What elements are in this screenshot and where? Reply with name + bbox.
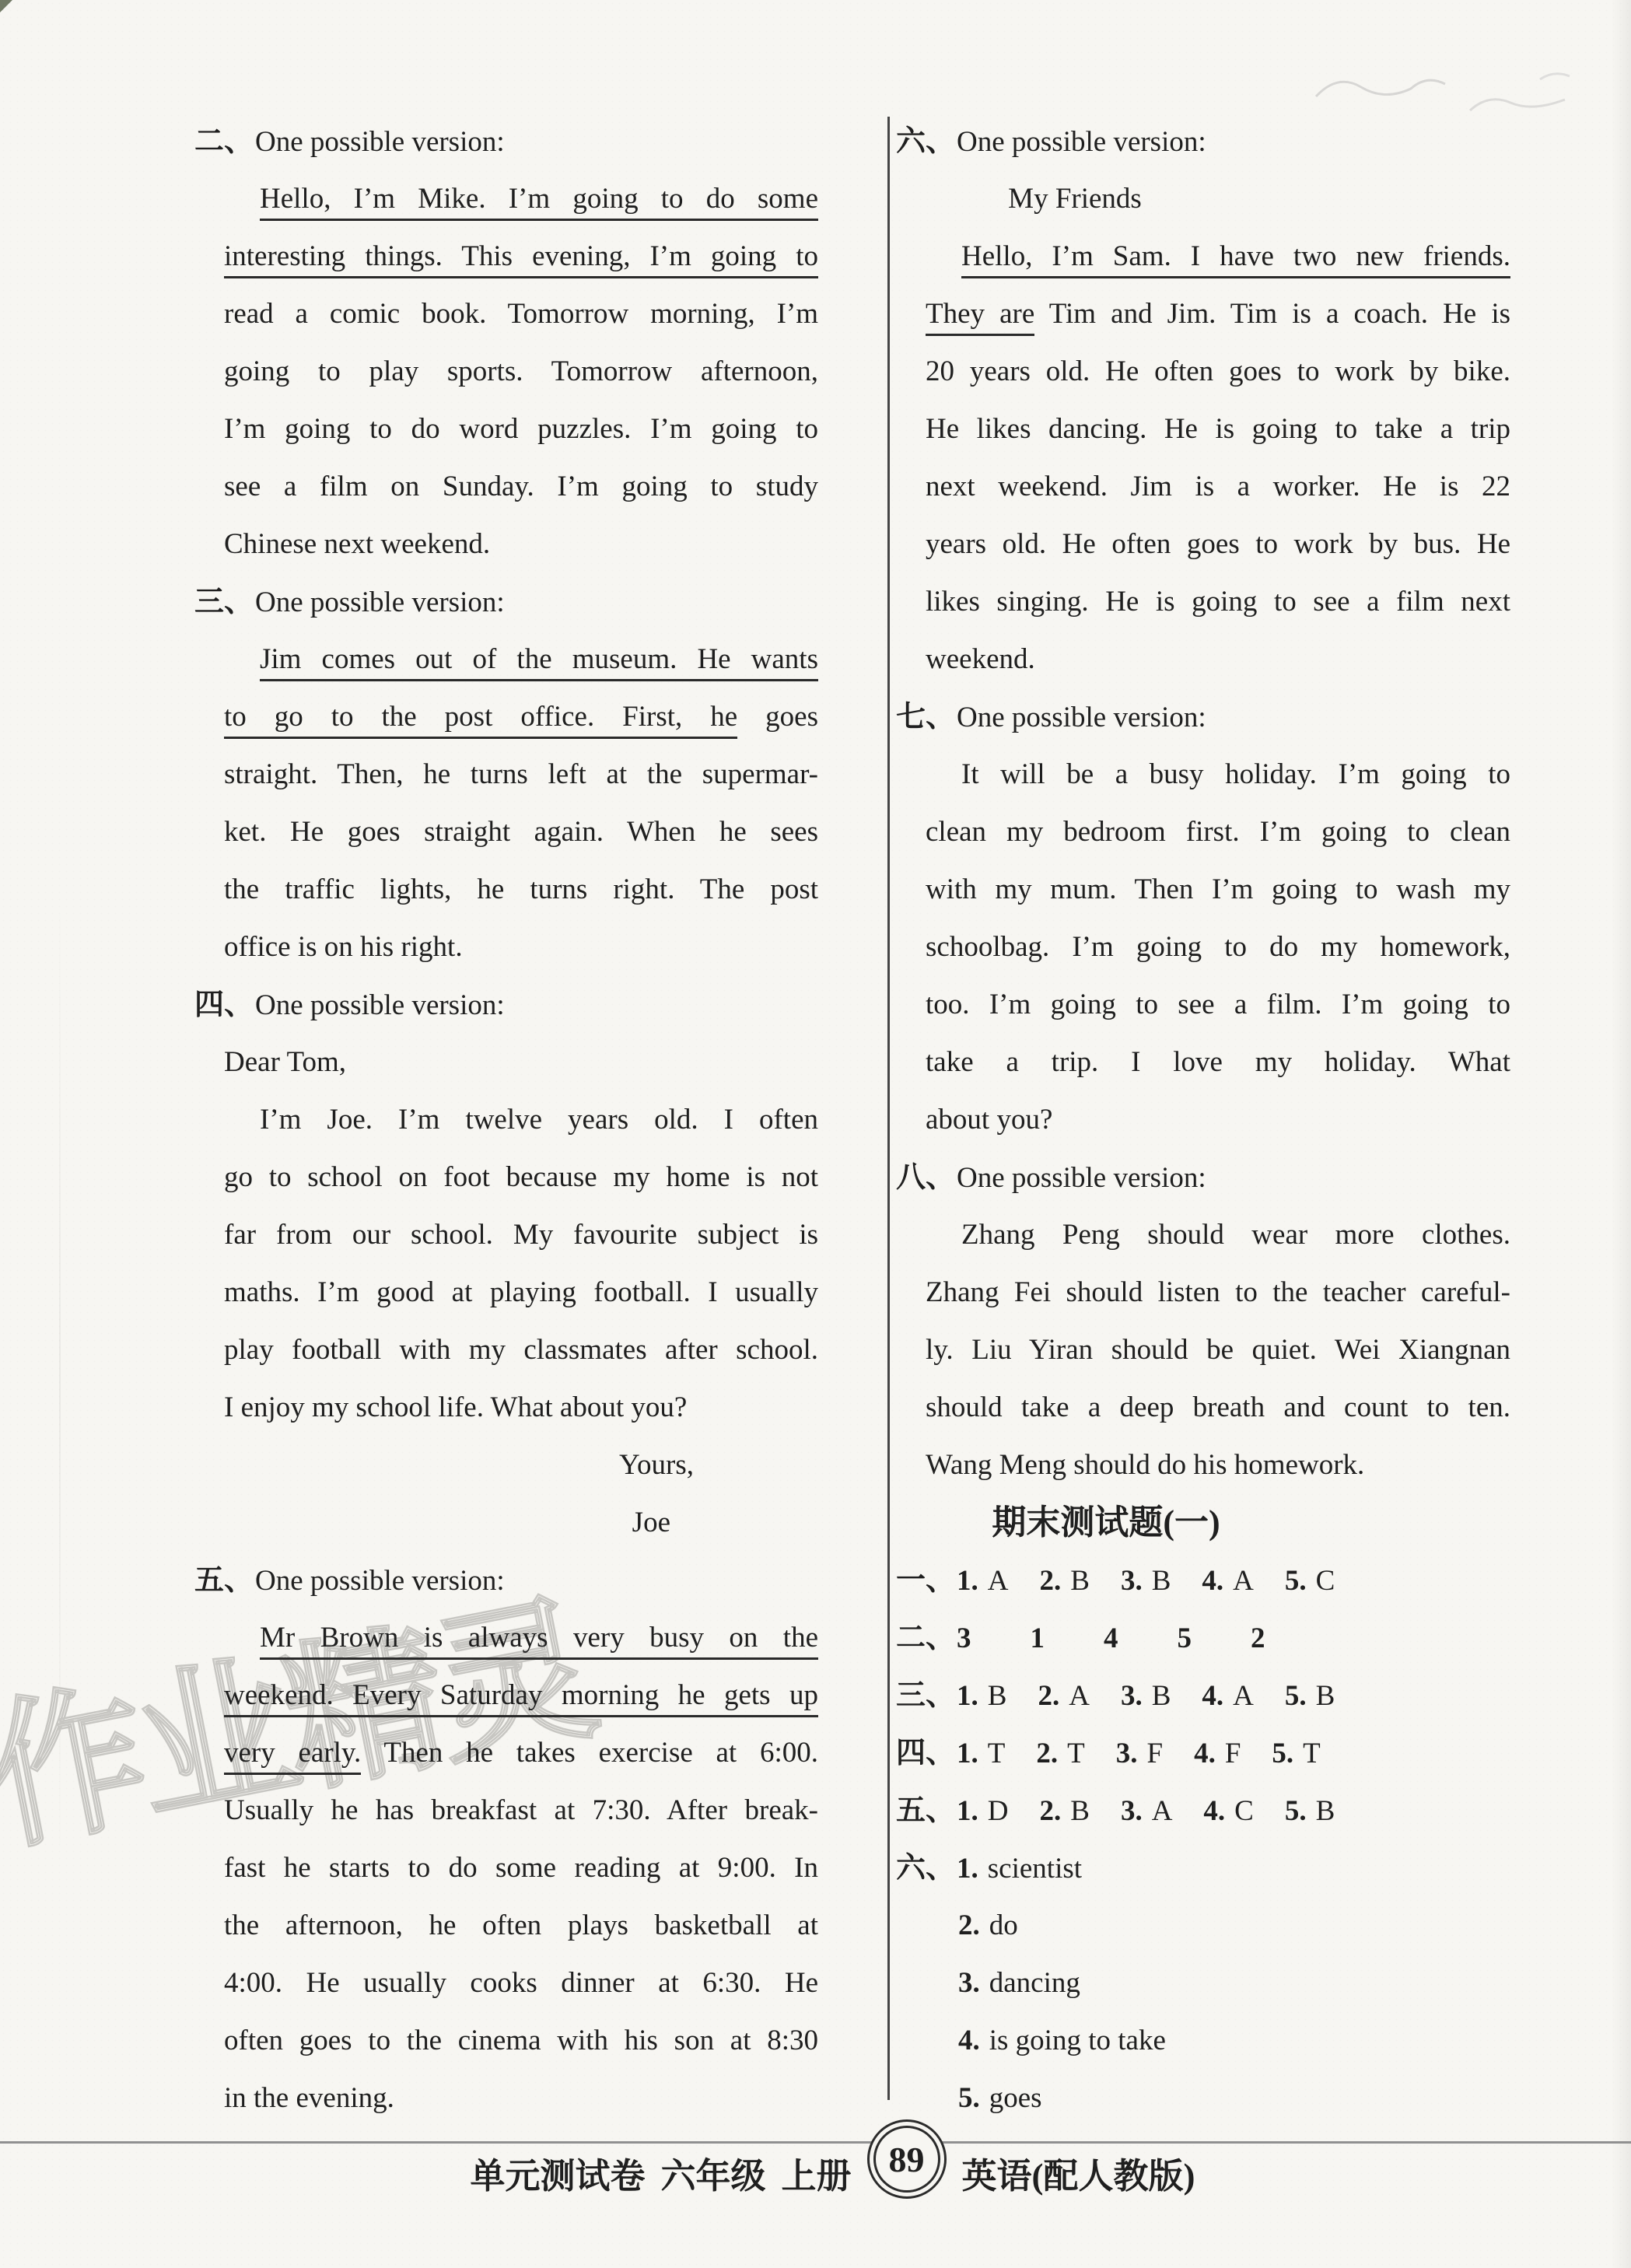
underlined-text: Jim comes out of the museum. He wants [260, 643, 818, 681]
section-marker: 四、 [896, 1737, 955, 1769]
scanned-answer-page: 作业精灵 二、One possible version:Hello, I’m M… [0, 0, 1631, 2268]
text-line: 四、1.T2.T3.F4.F5.T [896, 1724, 1510, 1782]
answer-value: B [1070, 1795, 1090, 1827]
text-segment: One possible version: [255, 989, 505, 1021]
text-line: Jim comes out of the museum. He wants [194, 631, 818, 688]
text-segment: One possible version: [957, 1162, 1206, 1194]
answer-number: 3. [1121, 1795, 1143, 1827]
text-segment: One possible version: [255, 586, 505, 618]
answer-value: A [1233, 1680, 1254, 1712]
answer-number: 2. [958, 1909, 980, 1941]
answer-value: A [1233, 1565, 1254, 1597]
text-line: 2.do [896, 1897, 1510, 1955]
answer-item: 1.scientist [957, 1853, 1082, 1885]
footer-booklet-label: 单元测试卷 [470, 2121, 645, 2198]
page-number-badge: 89 [867, 2119, 947, 2199]
section-heading: 期末测试题(一) [896, 1494, 1510, 1552]
answer-item: 5.goes [958, 2082, 1042, 2114]
answer-item: 4.A [1202, 1565, 1253, 1597]
section-marker: 一、 [896, 1564, 955, 1597]
answer-value: B [1316, 1795, 1335, 1827]
answer-number: 5. [958, 2082, 980, 2114]
text-segment: ket. He goes straight again. When he see… [224, 816, 818, 848]
answer-value: T [1067, 1738, 1085, 1769]
text-segment: My Friends [1008, 183, 1142, 215]
text-line: going to play sports. Tomorrow afternoon… [194, 343, 818, 401]
text-line: Joe [194, 1494, 818, 1552]
text-segment: play football with my classmates after s… [224, 1334, 818, 1366]
text-segment: in the evening. [224, 2082, 394, 2114]
answer-number: 4. [1203, 1795, 1225, 1827]
text-segment: Zhang Fei should listen to the teacher c… [926, 1276, 1510, 1308]
section-marker: 六、 [896, 1852, 955, 1885]
text-line: 4.is going to take [896, 2012, 1510, 2070]
text-segment: often goes to the cinema with his son at… [224, 2025, 818, 2056]
answer-item: 1 [1031, 1622, 1045, 1654]
text-segment: see a film on Sunday. I’m going to study [224, 471, 818, 502]
answer-item: 2.T [1036, 1738, 1084, 1769]
underlined-text: Hello, I’m Mike. I’m going to do some [260, 183, 818, 221]
answer-item: 5.B [1285, 1795, 1335, 1827]
answer-item: 4 [1104, 1622, 1118, 1654]
underlined-text: to go to the post office. First, he [224, 701, 737, 739]
text-line: 一、1.A2.B3.B4.A5.C [896, 1552, 1510, 1609]
text-segment: fast he starts to do some reading at 9:0… [224, 1852, 818, 1884]
answer-item: 4.is going to take [958, 2025, 1166, 2056]
answer-value: B [1070, 1565, 1090, 1597]
answer-value: C [1316, 1565, 1335, 1597]
answer-value: D [988, 1795, 1009, 1827]
text-line: Hello, I’m Mike. I’m going to do some [194, 170, 818, 228]
answer-number: 3. [1121, 1680, 1143, 1712]
underlined-text: very early. [224, 1737, 361, 1775]
text-segment: far from our school. My favourite subjec… [224, 1219, 818, 1251]
section-marker: 二、 [194, 125, 254, 158]
text-line: Yours, [194, 1437, 818, 1494]
text-segment: 20 years old. He often goes to work by b… [926, 355, 1510, 387]
answer-value: T [1303, 1738, 1321, 1769]
answer-item: 3.B [1121, 1680, 1171, 1712]
underlined-text: interesting things. This evening, I’m go… [224, 240, 818, 278]
answer-value: F [1225, 1738, 1241, 1769]
text-line: to go to the post office. First, he goes [194, 688, 818, 746]
text-line: 3.dancing [896, 1955, 1510, 2012]
scan-corner-speck [0, 0, 12, 12]
answer-number: 1. [957, 1680, 978, 1712]
answer-value: B [988, 1680, 1007, 1712]
text-line: likes singing. He is going to see a film… [896, 573, 1510, 631]
answer-item: 5.T [1272, 1738, 1320, 1769]
text-segment: next weekend. Jim is a worker. He is 22 [926, 471, 1510, 502]
text-segment: the traffic lights, he turns right. The … [224, 873, 818, 905]
answer-item: 2.do [958, 1909, 1018, 1941]
text-line: Zhang Peng should wear more clothes. [896, 1206, 1510, 1264]
text-segment: straight. Then, he turns left at the sup… [224, 758, 818, 790]
text-segment: One possible version: [255, 1565, 505, 1597]
section-marker: 四、 [194, 989, 254, 1021]
answer-value: B [1316, 1680, 1335, 1712]
text-segment: Then he takes exercise at 6:00. [361, 1737, 818, 1769]
text-line: My Friends [896, 170, 1510, 228]
section-marker: 三、 [896, 1679, 955, 1712]
text-segment: Usually he has breakfast at 7:30. After … [224, 1794, 818, 1826]
text-segment: the afternoon, he often plays basketball… [224, 1909, 818, 1941]
text-line: They are Tim and Jim. Tim is a coach. He… [896, 285, 1510, 343]
text-segment: I’m going to do word puzzles. I’m going … [224, 413, 818, 445]
answer-item: 1.T [957, 1738, 1005, 1769]
section-line: 二、One possible version: [194, 113, 818, 170]
text-segment: 期末测试题(一) [992, 1503, 1220, 1542]
text-line: weekend. Every Saturday morning he gets … [194, 1667, 818, 1724]
text-segment: weekend. [926, 643, 1035, 675]
text-segment: schoolbag. I’m going to do my homework, [926, 931, 1510, 963]
text-segment: ly. Liu Yiran should be quiet. Wei Xiang… [926, 1334, 1510, 1366]
text-segment: take a trip. I love my holiday. What [926, 1046, 1510, 1078]
answer-value: F [1146, 1738, 1163, 1769]
underlined-text: Hello, I’m Sam. I have two new friends. [961, 240, 1510, 278]
text-line: I enjoy my school life. What about you? [194, 1379, 818, 1437]
answer-item: 2.A [1038, 1680, 1089, 1712]
text-segment: about you? [926, 1104, 1052, 1136]
text-line: the traffic lights, he turns right. The … [194, 861, 818, 919]
answer-number: 1 [1031, 1622, 1045, 1654]
text-segment: I enjoy my school life. What about you? [224, 1391, 687, 1423]
right-column: 六、One possible version:My FriendsHello, … [896, 113, 1510, 2127]
text-segment: office is on his right. [224, 931, 463, 963]
text-line: too. I’m going to see a film. I’m going … [896, 976, 1510, 1034]
answer-value: B [1152, 1565, 1171, 1597]
text-line: maths. I’m good at playing football. I u… [194, 1264, 818, 1321]
text-segment: Wang Meng should do his homework. [926, 1449, 1364, 1481]
section-marker: 五、 [896, 1794, 955, 1827]
answer-item: 1.B [957, 1680, 1006, 1712]
answer-number: 4. [958, 2025, 980, 2056]
text-segment: One possible version: [957, 126, 1206, 158]
answer-number: 3. [958, 1967, 980, 1999]
text-segment: clean my bedroom first. I’m going to cle… [926, 816, 1510, 848]
answer-item: 3 [957, 1622, 971, 1654]
text-segment: with my mum. Then I’m going to wash my [926, 873, 1510, 905]
text-segment: should take a deep breath and count to t… [926, 1391, 1510, 1423]
text-line: ket. He goes straight again. When he see… [194, 803, 818, 861]
answer-number: 4 [1104, 1622, 1118, 1654]
text-segment: 4:00. He usually cooks dinner at 6:30. H… [224, 1967, 818, 1999]
text-segment: read a comic book. Tomorrow morning, I’m [224, 298, 818, 330]
answer-item: 3.dancing [958, 1967, 1080, 1999]
answer-number: 5. [1272, 1738, 1293, 1769]
answer-value: goes [989, 2082, 1042, 2114]
underlined-text: weekend. Every Saturday morning he gets … [224, 1679, 818, 1717]
answer-number: 2 [1251, 1622, 1265, 1654]
answer-number: 3 [957, 1622, 971, 1654]
answer-number: 1. [957, 1853, 978, 1885]
answer-item: 5.C [1285, 1565, 1335, 1597]
answer-number: 2. [1040, 1795, 1062, 1827]
answer-value: A [988, 1565, 1009, 1597]
text-line: clean my bedroom first. I’m going to cle… [896, 803, 1510, 861]
text-line: office is on his right. [194, 919, 818, 976]
text-line: ly. Liu Yiran should be quiet. Wei Xiang… [896, 1321, 1510, 1379]
text-segment: One possible version: [957, 702, 1206, 733]
answer-number: 3. [1116, 1738, 1138, 1769]
text-line: I’m going to do word puzzles. I’m going … [194, 401, 818, 458]
text-line: years old. He often goes to work by bus.… [896, 516, 1510, 573]
answer-value: do [989, 1909, 1018, 1941]
text-segment: going to play sports. Tomorrow afternoon… [224, 355, 818, 387]
text-line: I’m Joe. I’m twelve years old. I often [194, 1091, 818, 1149]
text-line: interesting things. This evening, I’m go… [194, 228, 818, 285]
text-segment: Zhang Peng should wear more clothes. [961, 1219, 1510, 1251]
text-line: often goes to the cinema with his son at… [194, 2012, 818, 2070]
section-marker: 二、 [896, 1622, 955, 1654]
section-line: 六、One possible version: [896, 113, 1510, 170]
text-segment: likes singing. He is going to see a film… [926, 586, 1510, 618]
text-line: Hello, I’m Sam. I have two new friends. [896, 228, 1510, 285]
answer-number: 2. [1038, 1680, 1059, 1712]
text-line: 三、1.B2.A3.B4.A5.B [896, 1667, 1510, 1724]
text-segment: maths. I’m good at playing football. I u… [224, 1276, 818, 1308]
paper-crease [59, 894, 61, 1867]
text-line: 五、1.D2.B3.A4.C5.B [896, 1782, 1510, 1839]
answer-number: 3. [1121, 1565, 1143, 1597]
text-line: weekend. [896, 631, 1510, 688]
text-segment: I’m Joe. I’m twelve years old. I often [260, 1104, 818, 1136]
text-line: the afternoon, he often plays basketball… [194, 1897, 818, 1955]
answer-number: 1. [957, 1565, 978, 1597]
text-line: Zhang Fei should listen to the teacher c… [896, 1264, 1510, 1321]
answer-number: 2. [1036, 1738, 1058, 1769]
section-line: 三、One possible version: [194, 573, 818, 631]
answer-value: scientist [988, 1853, 1082, 1885]
text-line: He likes dancing. He is going to take a … [896, 401, 1510, 458]
text-line: should take a deep breath and count to t… [896, 1379, 1510, 1437]
answer-item: 3.F [1116, 1738, 1163, 1769]
answer-item: 5.B [1285, 1680, 1335, 1712]
section-marker: 三、 [194, 586, 254, 618]
section-line: 四、One possible version: [194, 976, 818, 1034]
section-line: 五、One possible version: [194, 1552, 818, 1609]
footer-volume-label: 上册 [782, 2121, 852, 2198]
section-marker: 五、 [194, 1564, 254, 1597]
section-line: 七、One possible version: [896, 688, 1510, 746]
scan-edge-shadow [1611, 0, 1631, 2268]
text-line: about you? [896, 1091, 1510, 1149]
answer-value: dancing [989, 1967, 1080, 1999]
text-segment: Joe [632, 1507, 670, 1538]
answer-value: A [1152, 1795, 1173, 1827]
text-segment: years old. He often goes to work by bus.… [926, 528, 1510, 560]
page-number: 89 [873, 2126, 940, 2193]
text-segment: It will be a busy holiday. I’m going to [961, 758, 1510, 790]
text-line: with my mum. Then I’m going to wash my [896, 861, 1510, 919]
answer-item: 4.A [1202, 1680, 1253, 1712]
text-line: schoolbag. I’m going to do my homework, [896, 919, 1510, 976]
page-footer: 单元测试卷 六年级 上册 89 英语(配人教版) [17, 2114, 1631, 2204]
answer-item: 1.D [957, 1795, 1008, 1827]
section-marker: 八、 [896, 1161, 955, 1194]
section-line: 八、One possible version: [896, 1149, 1510, 1206]
text-line: next weekend. Jim is a worker. He is 22 [896, 458, 1510, 516]
answer-item: 1.A [957, 1565, 1008, 1597]
footer-grade-label: 六年级 [661, 2121, 766, 2198]
section-marker: 七、 [896, 701, 955, 733]
text-segment: Chinese next weekend. [224, 528, 490, 560]
text-segment: He likes dancing. He is going to take a … [926, 413, 1510, 445]
answer-item: 3.A [1121, 1795, 1172, 1827]
answer-number: 5. [1285, 1680, 1307, 1712]
answer-number: 4. [1202, 1565, 1223, 1597]
text-line: take a trip. I love my holiday. What [896, 1034, 1510, 1091]
answer-number: 4. [1194, 1738, 1216, 1769]
column-divider [887, 117, 890, 2100]
left-column: 二、One possible version:Hello, I’m Mike. … [194, 113, 818, 2127]
answer-value: C [1234, 1795, 1254, 1827]
text-line: far from our school. My favourite subjec… [194, 1206, 818, 1264]
text-segment: Yours, [619, 1449, 694, 1481]
answer-number: 1. [957, 1795, 978, 1827]
answer-item: 4.F [1194, 1738, 1241, 1769]
answer-value: T [988, 1738, 1006, 1769]
text-line: read a comic book. Tomorrow morning, I’m [194, 285, 818, 343]
text-line: 六、1.scientist [896, 1839, 1510, 1897]
text-segment: go to school on foot because my home is … [224, 1161, 818, 1193]
answer-number: 4. [1202, 1680, 1223, 1712]
answer-item: 5 [1178, 1622, 1192, 1654]
answer-number: 5. [1285, 1565, 1307, 1597]
answer-number: 5 [1178, 1622, 1192, 1654]
underlined-text: Mr Brown is always very busy on the [260, 1622, 818, 1660]
underlined-text: They are [926, 298, 1034, 336]
answer-value: B [1152, 1680, 1171, 1712]
text-line: very early. Then he takes exercise at 6:… [194, 1724, 818, 1782]
answer-value: is going to take [989, 2025, 1166, 2056]
answer-item: 3.B [1121, 1565, 1171, 1597]
text-line: 4:00. He usually cooks dinner at 6:30. H… [194, 1955, 818, 2012]
text-segment: goes [737, 701, 818, 733]
text-line: Usually he has breakfast at 7:30. After … [194, 1782, 818, 1839]
text-line: go to school on foot because my home is … [194, 1149, 818, 1206]
text-line: Chinese next weekend. [194, 516, 818, 573]
footer-subject-label: 英语(配人教版) [962, 2121, 1195, 2198]
text-line: play football with my classmates after s… [194, 1321, 818, 1379]
text-line: straight. Then, he turns left at the sup… [194, 746, 818, 803]
text-line: Mr Brown is always very busy on the [194, 1609, 818, 1667]
text-line: see a film on Sunday. I’m going to study [194, 458, 818, 516]
answer-number: 1. [957, 1738, 978, 1769]
text-line: 二、31452 [896, 1609, 1510, 1667]
text-line: 20 years old. He often goes to work by b… [896, 343, 1510, 401]
answer-number: 5. [1285, 1795, 1307, 1827]
text-segment: One possible version: [255, 126, 505, 158]
answer-item: 2 [1251, 1622, 1265, 1654]
answer-item: 2.B [1040, 1795, 1090, 1827]
answer-value: A [1069, 1680, 1090, 1712]
text-segment: Tim and Jim. Tim is a coach. He is [1034, 298, 1510, 330]
answer-item: 2.B [1040, 1565, 1090, 1597]
text-line: Wang Meng should do his homework. [896, 1437, 1510, 1494]
section-marker: 六、 [896, 125, 955, 158]
text-line: Dear Tom, [194, 1034, 818, 1091]
text-line: fast he starts to do some reading at 9:0… [194, 1839, 818, 1897]
answer-number: 2. [1040, 1565, 1062, 1597]
answer-item: 4.C [1203, 1795, 1253, 1827]
text-line: It will be a busy holiday. I’m going to [896, 746, 1510, 803]
text-segment: Dear Tom, [224, 1046, 346, 1078]
text-segment: too. I’m going to see a film. I’m going … [926, 989, 1510, 1020]
